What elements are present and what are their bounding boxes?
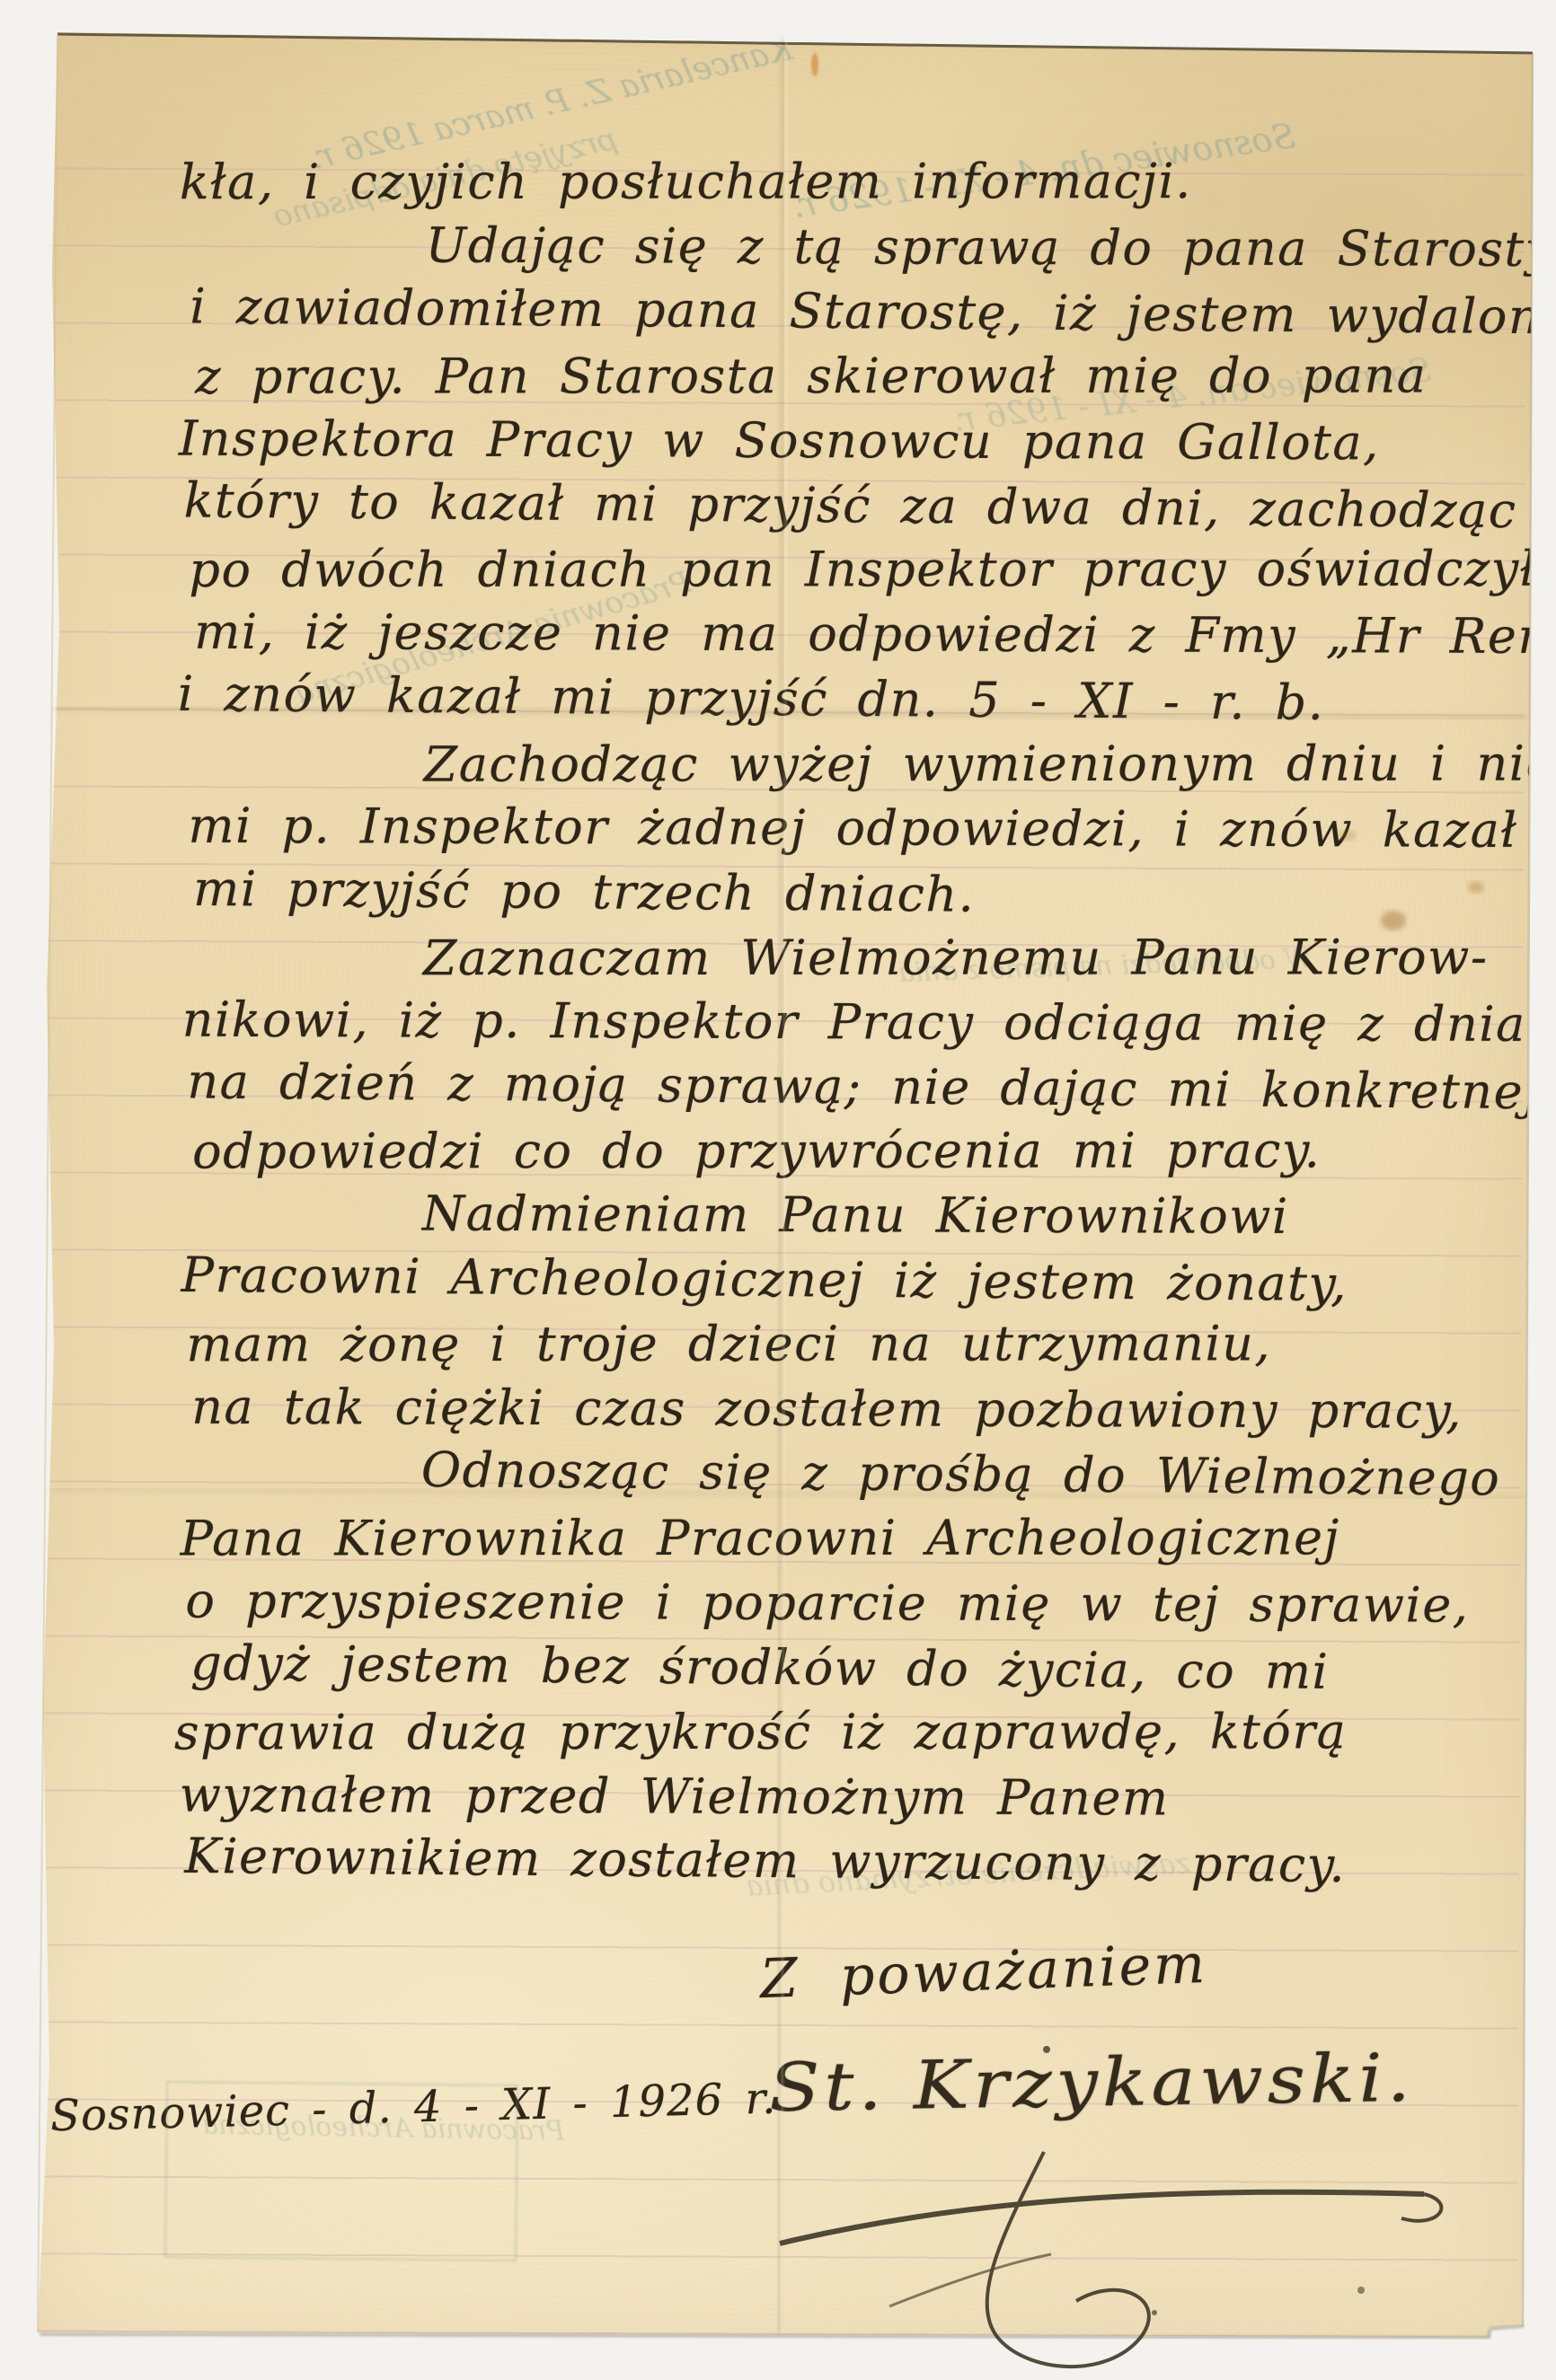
letter-line: kła, i czyjich posłuchałem informacji. — [180, 148, 1192, 216]
letter-line: i zawiadomiłem pana Starostę, iż jestem … — [190, 273, 1556, 350]
letter-line: mi przyjść po trzech dniach. — [193, 856, 976, 929]
letter-line: który to kazał mi przyjść za dwa dni, za… — [183, 467, 1516, 544]
letter-line: nikowi, iż p. Inspektor Pracy odciąga mi… — [182, 986, 1526, 1057]
letter-line: i znów kazał mi przyjść dn. 5 - XI - r. … — [178, 661, 1325, 736]
letter-line: mi, iż jeszcze nie ma odpowiedzi z Fmy „… — [194, 599, 1556, 671]
letter-line: Pracowni Archeologicznej iż jestem żonat… — [181, 1242, 1348, 1318]
letter-line: Zaznaczam Wielmożnemu Panu Kierow- — [423, 924, 1489, 992]
letter-body: kła, i czyjich posłuchałem informacji.Ud… — [0, 0, 1556, 2380]
letter-line: sprawia dużą przykrość iż zaprawdę, któr… — [174, 1698, 1347, 1766]
letter-line: gdyż jestem bez środków do życia, co mi — [190, 1630, 1330, 1706]
letter-line: na tak ciężki czas zostałem pozbawiony p… — [191, 1374, 1463, 1445]
letter-line: po dwóch dniach pan Inspektor pracy oświ… — [189, 536, 1536, 604]
letter-line: wyznałem przed Wielmożnym Panem — [180, 1761, 1170, 1831]
letter-line: Odnosząc się z prośbą do Wielmożnego — [421, 1437, 1501, 1512]
letter-line: Udając się z tą sprawą do pana Starosty, — [426, 213, 1556, 283]
letter-line: Kierownikiem zostałem wyrzucony z pracy. — [184, 1823, 1346, 1899]
scanned-letter-scene: Kancelaria Z. P. marca 1926 r. przyjęto … — [0, 0, 1556, 2380]
letter-line: Inspektora Pracy w Sosnowcu pana Gallota… — [179, 405, 1380, 476]
letter-line: odpowiedzi co do przywrócenia mi pracy. — [192, 1117, 1321, 1185]
letter-line: o przyspieszenie i poparcie mię w tej sp… — [185, 1567, 1469, 1638]
letter-line: z pracy. Pan Starosta skierował mię do p… — [195, 342, 1427, 410]
letter-line: mam żonę i troje dzieci na utrzymaniu, — [186, 1310, 1271, 1378]
letter-line: na dzień z moją sprawą; nie dając mi kon… — [187, 1048, 1540, 1125]
letter-line: Zachodząc wyżej wymienionym dniu i nie d… — [424, 731, 1556, 798]
letter-line: Nadmieniam Panu Kierownikowi — [422, 1181, 1289, 1250]
letter-paper-sheet: Kancelaria Z. P. marca 1926 r. przyjęto … — [0, 0, 1556, 2380]
letter-line: Pana Kierownika Pracowni Archeologicznej — [181, 1504, 1340, 1572]
letter-line: mi p. Inspektor żadnej odpowiedzi, i znó… — [188, 793, 1517, 864]
signature: St. Krzykawski. — [768, 2037, 1554, 2127]
